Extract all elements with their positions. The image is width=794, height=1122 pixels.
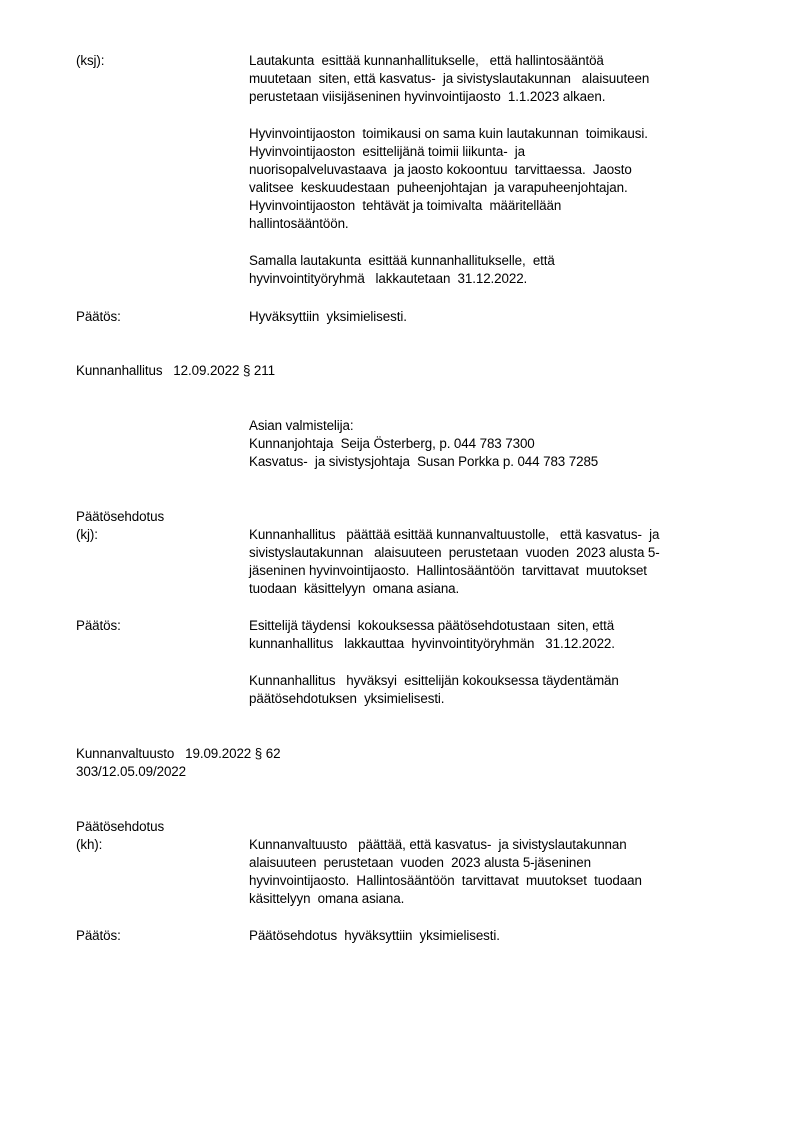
ksj-para2-line3: nuorisopalveluvastaava ja jaosto kokoont… xyxy=(249,161,632,179)
kh-decision-para2-line1: Kunnanhallitus hyväksyi esittelijän koko… xyxy=(249,672,619,690)
kh-proposal-line1: Kunnanhallitus päättää esittää kunnanval… xyxy=(249,526,659,544)
kunnanvaltuusto-heading: Kunnanvaltuusto 19.09.2022 § 62 xyxy=(76,745,280,763)
ksj-para2-line2: Hyvinvointijaoston esittelijänä toimii l… xyxy=(249,143,525,161)
ksj-label: (ksj): xyxy=(76,52,104,70)
ksj-para2-line6: hallintosääntöön. xyxy=(249,215,349,233)
ksj-para2-line4: valitsee keskuudestaan puheenjohtajan ja… xyxy=(249,179,628,197)
kh-proposal-label: Päätösehdotus xyxy=(76,508,164,526)
ksj-decision-label: Päätös: xyxy=(76,308,121,326)
kh-proposal-line3: jäseninen hyvinvointijaosto. Hallintosää… xyxy=(249,562,647,580)
kv-decision-text: Päätösehdotus hyväksyttiin yksimielisest… xyxy=(249,927,500,945)
kh-proposal-line4: tuodaan käsittelyyn omana asiana. xyxy=(249,580,459,598)
kv-proposal-line3: hyvinvointijaosto. Hallintosääntöön tarv… xyxy=(249,872,642,890)
kv-proposal-line1: Kunnanvaltuusto päättää, että kasvatus- … xyxy=(249,836,627,854)
kh-decision-para1-line2: kunnanhallitus lakkauttaa hyvinvointityö… xyxy=(249,635,615,653)
kh-decision-para1-line1: Esittelijä täydensi kokouksessa päätöseh… xyxy=(249,617,614,635)
kv-decision-label: Päätös: xyxy=(76,927,121,945)
kv-proposal-line2: alaisuuteen perustetaan vuoden 2023 alus… xyxy=(249,854,591,872)
ksj-para1-line1: Lautakunta esittää kunnanhallitukselle, … xyxy=(249,52,604,70)
ksj-decision-text: Hyväksyttiin yksimielisesti. xyxy=(249,308,407,326)
ksj-para2-line1: Hyvinvointijaoston toimikausi on sama ku… xyxy=(249,125,648,143)
preparer-line3: Kasvatus- ja sivistysjohtaja Susan Porkk… xyxy=(249,453,598,471)
ksj-para2-line5: Hyvinvointijaoston tehtävät ja toimivalt… xyxy=(249,197,561,215)
kv-proposal-line4: käsittelyyn omana asiana. xyxy=(249,890,404,908)
kunnanvaltuusto-reference: 303/12.05.09/2022 xyxy=(76,763,186,781)
ksj-para1-line2: muutetaan siten, että kasvatus- ja sivis… xyxy=(249,70,649,88)
kv-proposal-label: Päätösehdotus xyxy=(76,818,164,836)
ksj-para3-line1: Samalla lautakunta esittää kunnanhallitu… xyxy=(249,252,555,270)
kunnanhallitus-heading: Kunnanhallitus 12.09.2022 § 211 xyxy=(76,362,275,380)
preparer-line2: Kunnanjohtaja Seija Österberg, p. 044 78… xyxy=(249,435,535,453)
kh-proposal-line2: sivistyslautakunnan alaisuuteen perustet… xyxy=(249,544,660,562)
kh-decision-label: Päätös: xyxy=(76,617,121,635)
kv-proposal-sublabel: (kh): xyxy=(76,836,102,854)
ksj-para1-line3: perustetaan viisijäseninen hyvinvointija… xyxy=(249,88,605,106)
kh-proposal-sublabel: (kj): xyxy=(76,526,98,544)
ksj-para3-line2: hyvinvointityöryhmä lakkautetaan 31.12.2… xyxy=(249,270,527,288)
kh-decision-para2-line2: päätösehdotuksen yksimielisesti. xyxy=(249,690,444,708)
preparer-line1: Asian valmistelija: xyxy=(249,417,354,435)
